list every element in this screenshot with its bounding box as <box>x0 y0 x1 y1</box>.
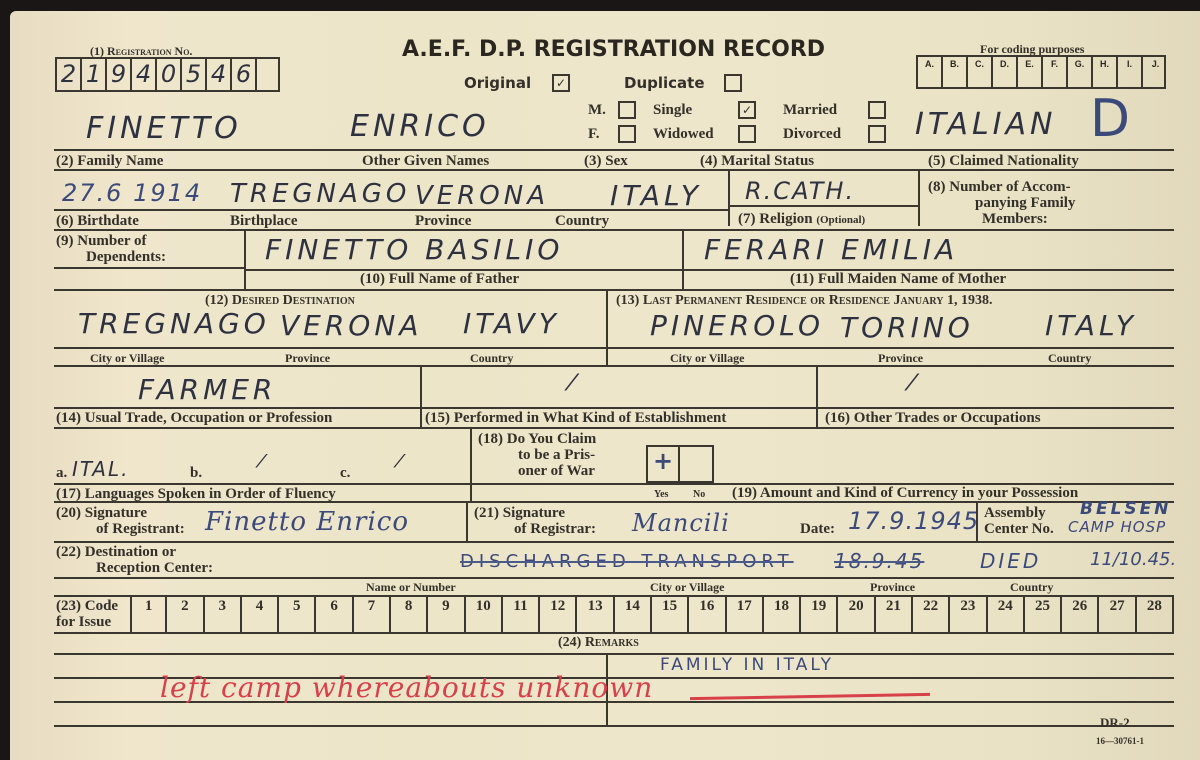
given-names-label: Other Given Names <box>362 153 489 169</box>
language-c-value: ⁄ <box>398 451 405 472</box>
last-residence-city-value: PINEROLO <box>650 309 824 342</box>
birthdate-label: (6) Birthdate <box>56 213 139 229</box>
occupation-label: (14) Usual Trade, Occupation or Professi… <box>56 410 332 426</box>
mother-name-value: FERARI EMILIA <box>704 233 958 266</box>
reception-province-label: Province <box>870 579 915 595</box>
divider <box>54 169 1174 171</box>
language-a-label: a. <box>56 465 67 481</box>
residence-country-label: Country <box>1048 350 1091 366</box>
father-name-value: FINETTO BASILIO <box>265 233 563 266</box>
registrar-signature-value: Mancili <box>632 509 730 537</box>
marital-status-label: (4) Marital Status <box>700 153 814 169</box>
divider <box>606 289 608 365</box>
registrar-date-value: 17.9.1945 <box>848 507 979 535</box>
pow-label-2: to be a Pris- <box>518 447 595 463</box>
coding-cell: D. <box>993 57 1018 87</box>
remarks-label: (24) Remarks <box>558 635 639 651</box>
divider <box>976 501 978 541</box>
form-code: DR-2 <box>1100 715 1130 731</box>
code-cell: 5 <box>279 595 316 633</box>
language-a-value: ITAL. <box>72 457 129 481</box>
registrant-signature-label-2: of Registrant: <box>96 521 185 537</box>
coding-cell: B. <box>943 57 968 87</box>
reception-label-2: Reception Center: <box>96 560 213 576</box>
divider <box>54 229 1174 231</box>
language-b-label: b. <box>190 465 202 481</box>
nationality-value: ITALIAN <box>915 107 1056 142</box>
code-cell: 6 <box>316 595 353 633</box>
widowed-label: Widowed <box>653 126 714 142</box>
occupation-value: FARMER <box>138 373 276 406</box>
divider <box>54 577 1174 579</box>
father-label: (10) Full Name of Father <box>360 271 519 287</box>
religion-label: (7) Religion (Optional) <box>738 211 865 228</box>
coding-cell: E. <box>1018 57 1043 87</box>
code-cell: 13 <box>577 595 614 633</box>
divider <box>54 149 1174 151</box>
registration-digit: 0 <box>157 59 182 90</box>
widowed-checkbox[interactable] <box>738 125 756 143</box>
accompanying-label-1: (8) Number of Accom- <box>928 179 1071 195</box>
assembly-value-2: CAMP HOSP <box>1068 518 1166 536</box>
code-cell: 3 <box>205 595 242 633</box>
registration-digit: 5 <box>182 59 207 90</box>
birthdate-value: 27.6 1914 <box>62 179 202 207</box>
registrar-signature-label-2: of Registrar: <box>514 521 596 537</box>
other-trades-label: (16) Other Trades or Occupations <box>825 410 1041 426</box>
code-cell: 17 <box>727 595 764 633</box>
coding-cell: C. <box>968 57 993 87</box>
registration-digit: 6 <box>232 59 257 90</box>
divider <box>54 653 1174 655</box>
coding-cell: G. <box>1068 57 1093 87</box>
coding-cell: J. <box>1143 57 1168 87</box>
registration-digit: 4 <box>132 59 157 90</box>
divider <box>728 171 730 226</box>
code-cell: 15 <box>652 595 689 633</box>
last-residence-country-value: ITALY <box>1045 309 1137 342</box>
code-cell: 24 <box>988 595 1025 633</box>
pow-label-1: (18) Do You Claim <box>478 431 596 447</box>
destination-city-label: City or Village <box>90 350 164 366</box>
reception-value: DISCHARGED TRANSPORT <box>460 551 794 572</box>
single-checkbox[interactable]: ✓ <box>738 101 756 119</box>
last-residence-label: (13) Last Permanent Residence or Residen… <box>616 293 992 309</box>
divider <box>728 205 918 207</box>
remarks-blue-note: FAMILY IN ITALY <box>660 655 834 675</box>
coding-cell: F. <box>1043 57 1068 87</box>
assembly-label-1: Assembly <box>984 505 1046 521</box>
coding-mark: D <box>1090 89 1130 149</box>
languages-label: (17) Languages Spoken in Order of Fluenc… <box>56 486 336 502</box>
pow-no-box[interactable] <box>678 445 714 483</box>
code-cell: 18 <box>764 595 801 633</box>
birth-country-value: ITALY <box>610 179 702 212</box>
code-cell: 26 <box>1062 595 1099 633</box>
sex-m-label: M. <box>588 102 606 118</box>
assembly-label-2: Center No. <box>984 521 1054 537</box>
print-code: 16—30761-1 <box>1096 733 1144 749</box>
remarks-red-note: left camp whereabouts unknown <box>160 671 653 704</box>
divider <box>54 725 1174 727</box>
registration-number-boxes: 21940546 <box>55 57 280 92</box>
last-residence-province-value: TORINO <box>840 311 974 344</box>
sex-f-label: F. <box>588 126 600 142</box>
divider <box>54 347 1174 349</box>
died-date: 11/10.45. <box>1090 549 1176 570</box>
duplicate-checkbox[interactable] <box>724 74 742 92</box>
residence-province-label: Province <box>878 350 923 366</box>
code-cell: 4 <box>242 595 279 633</box>
destination-country-label: Country <box>470 350 513 366</box>
registrar-signature-label-1: (21) Signature <box>474 505 565 521</box>
registration-digit: 4 <box>207 59 232 90</box>
code-cell: 16 <box>689 595 726 633</box>
religion-value: R.CATH. <box>745 177 855 205</box>
family-name-value: FINETTO <box>86 111 242 146</box>
divider <box>682 229 684 289</box>
divider <box>470 427 472 501</box>
registration-digit: 9 <box>107 59 132 90</box>
code-cell: 11 <box>503 595 540 633</box>
married-checkbox[interactable] <box>868 101 886 119</box>
divider <box>54 501 1174 503</box>
coding-cell: A. <box>918 57 943 87</box>
code-cell: 22 <box>913 595 950 633</box>
establishment-label: (15) Performed in What Kind of Establish… <box>425 410 726 426</box>
code-cell: 8 <box>391 595 428 633</box>
divider <box>54 365 1174 367</box>
country-label: Country <box>555 213 609 229</box>
registrant-signature-value: Finetto Enrico <box>205 507 409 537</box>
nationality-label: (5) Claimed Nationality <box>928 153 1079 169</box>
code-cell: 2 <box>167 595 204 633</box>
registration-digit: 2 <box>57 59 82 90</box>
red-underline <box>690 693 930 700</box>
language-c-label: c. <box>340 465 350 481</box>
code-cells: 1234567891011121314151617181920212223242… <box>130 595 1174 633</box>
code-cell: 1 <box>130 595 167 633</box>
divider <box>244 229 246 289</box>
registrant-signature-label-1: (20) Signature <box>56 505 147 521</box>
code-cell: 9 <box>428 595 465 633</box>
registration-digit <box>257 59 282 90</box>
code-cell: 7 <box>354 595 391 633</box>
code-cell: 27 <box>1099 595 1136 633</box>
registrar-date-label: Date: <box>800 521 835 537</box>
code-cell: 28 <box>1137 595 1174 633</box>
original-checkbox[interactable]: ✓ <box>552 74 570 92</box>
currency-label: (19) Amount and Kind of Currency in your… <box>732 485 1078 501</box>
coding-cell: H. <box>1093 57 1118 87</box>
code-cell: 21 <box>876 595 913 633</box>
coding-cell: I. <box>1118 57 1143 87</box>
code-cell: 25 <box>1025 595 1062 633</box>
code-label-2: for Issue <box>56 614 111 630</box>
died-text: DIED <box>980 549 1041 573</box>
registration-digit: 1 <box>82 59 107 90</box>
divider <box>54 407 1174 409</box>
code-cell: 14 <box>615 595 652 633</box>
language-b-value: ⁄ <box>260 451 267 472</box>
destination-country-value: ITAVY <box>463 307 560 340</box>
married-label: Married <box>783 102 837 118</box>
accompanying-label-3: Members: <box>982 211 1048 227</box>
sex-label: (3) Sex <box>584 153 628 169</box>
establishment-value: ⁄ <box>570 371 578 396</box>
divider <box>54 632 1174 634</box>
reception-date: 18.9.45 <box>834 549 924 573</box>
birthplace-label: Birthplace <box>230 213 298 229</box>
family-name-label: (2) Family Name <box>56 153 163 169</box>
destination-city-value: TREGNAGO <box>78 307 270 340</box>
residence-city-label: City or Village <box>670 350 744 366</box>
divider <box>54 289 1174 291</box>
reception-label-1: (22) Destination or <box>56 544 176 560</box>
other-trades-value: ⁄ <box>910 371 918 396</box>
code-cell: 23 <box>950 595 987 633</box>
sex-f-checkbox[interactable] <box>618 125 636 143</box>
code-cell: 20 <box>838 595 875 633</box>
code-cell: 19 <box>801 595 838 633</box>
coding-boxes: A.B.C.D.E.F.G.H.I.J. <box>916 55 1166 89</box>
code-cell: 10 <box>466 595 503 633</box>
sex-m-checkbox[interactable] <box>618 101 636 119</box>
accompanying-label-2: panying Family <box>975 195 1075 211</box>
province-label: Province <box>415 213 471 229</box>
dependents-label-2: Dependents: <box>86 249 166 265</box>
destination-province-label: Province <box>285 350 330 366</box>
reception-country-label: Country <box>1010 579 1053 595</box>
single-label: Single <box>653 102 692 118</box>
divorced-checkbox[interactable] <box>868 125 886 143</box>
divider <box>54 541 1174 543</box>
birthplace-value: TREGNAGO <box>230 179 410 209</box>
mother-label: (11) Full Maiden Name of Mother <box>790 271 1006 287</box>
divider <box>466 501 468 541</box>
birth-province-value: VERONA <box>415 181 549 211</box>
divider <box>54 267 244 269</box>
code-cell: 12 <box>540 595 577 633</box>
duplicate-label: Duplicate <box>624 75 705 91</box>
registration-card: (1) Registration No. 21940546 A.E.F. D.P… <box>10 11 1200 760</box>
divider <box>918 171 920 226</box>
assembly-value-1: BELSEN <box>1080 499 1172 519</box>
original-label: Original <box>464 75 531 91</box>
divider <box>420 365 422 429</box>
dependents-label-1: (9) Number of <box>56 233 147 249</box>
divorced-label: Divorced <box>783 126 841 142</box>
reception-city-label: City or Village <box>650 579 724 595</box>
pow-label-3: oner of War <box>518 463 595 479</box>
pow-yes-box[interactable]: + <box>646 445 680 483</box>
divider <box>54 209 728 211</box>
given-names-value: ENRICO <box>350 109 490 144</box>
divider <box>54 427 1174 429</box>
code-label-1: (23) Code <box>56 598 118 614</box>
destination-province-value: VERONA <box>280 309 422 342</box>
reception-name-label: Name or Number <box>366 579 456 595</box>
divider <box>816 365 818 429</box>
form-title: A.E.F. D.P. REGISTRATION RECORD <box>402 37 825 62</box>
